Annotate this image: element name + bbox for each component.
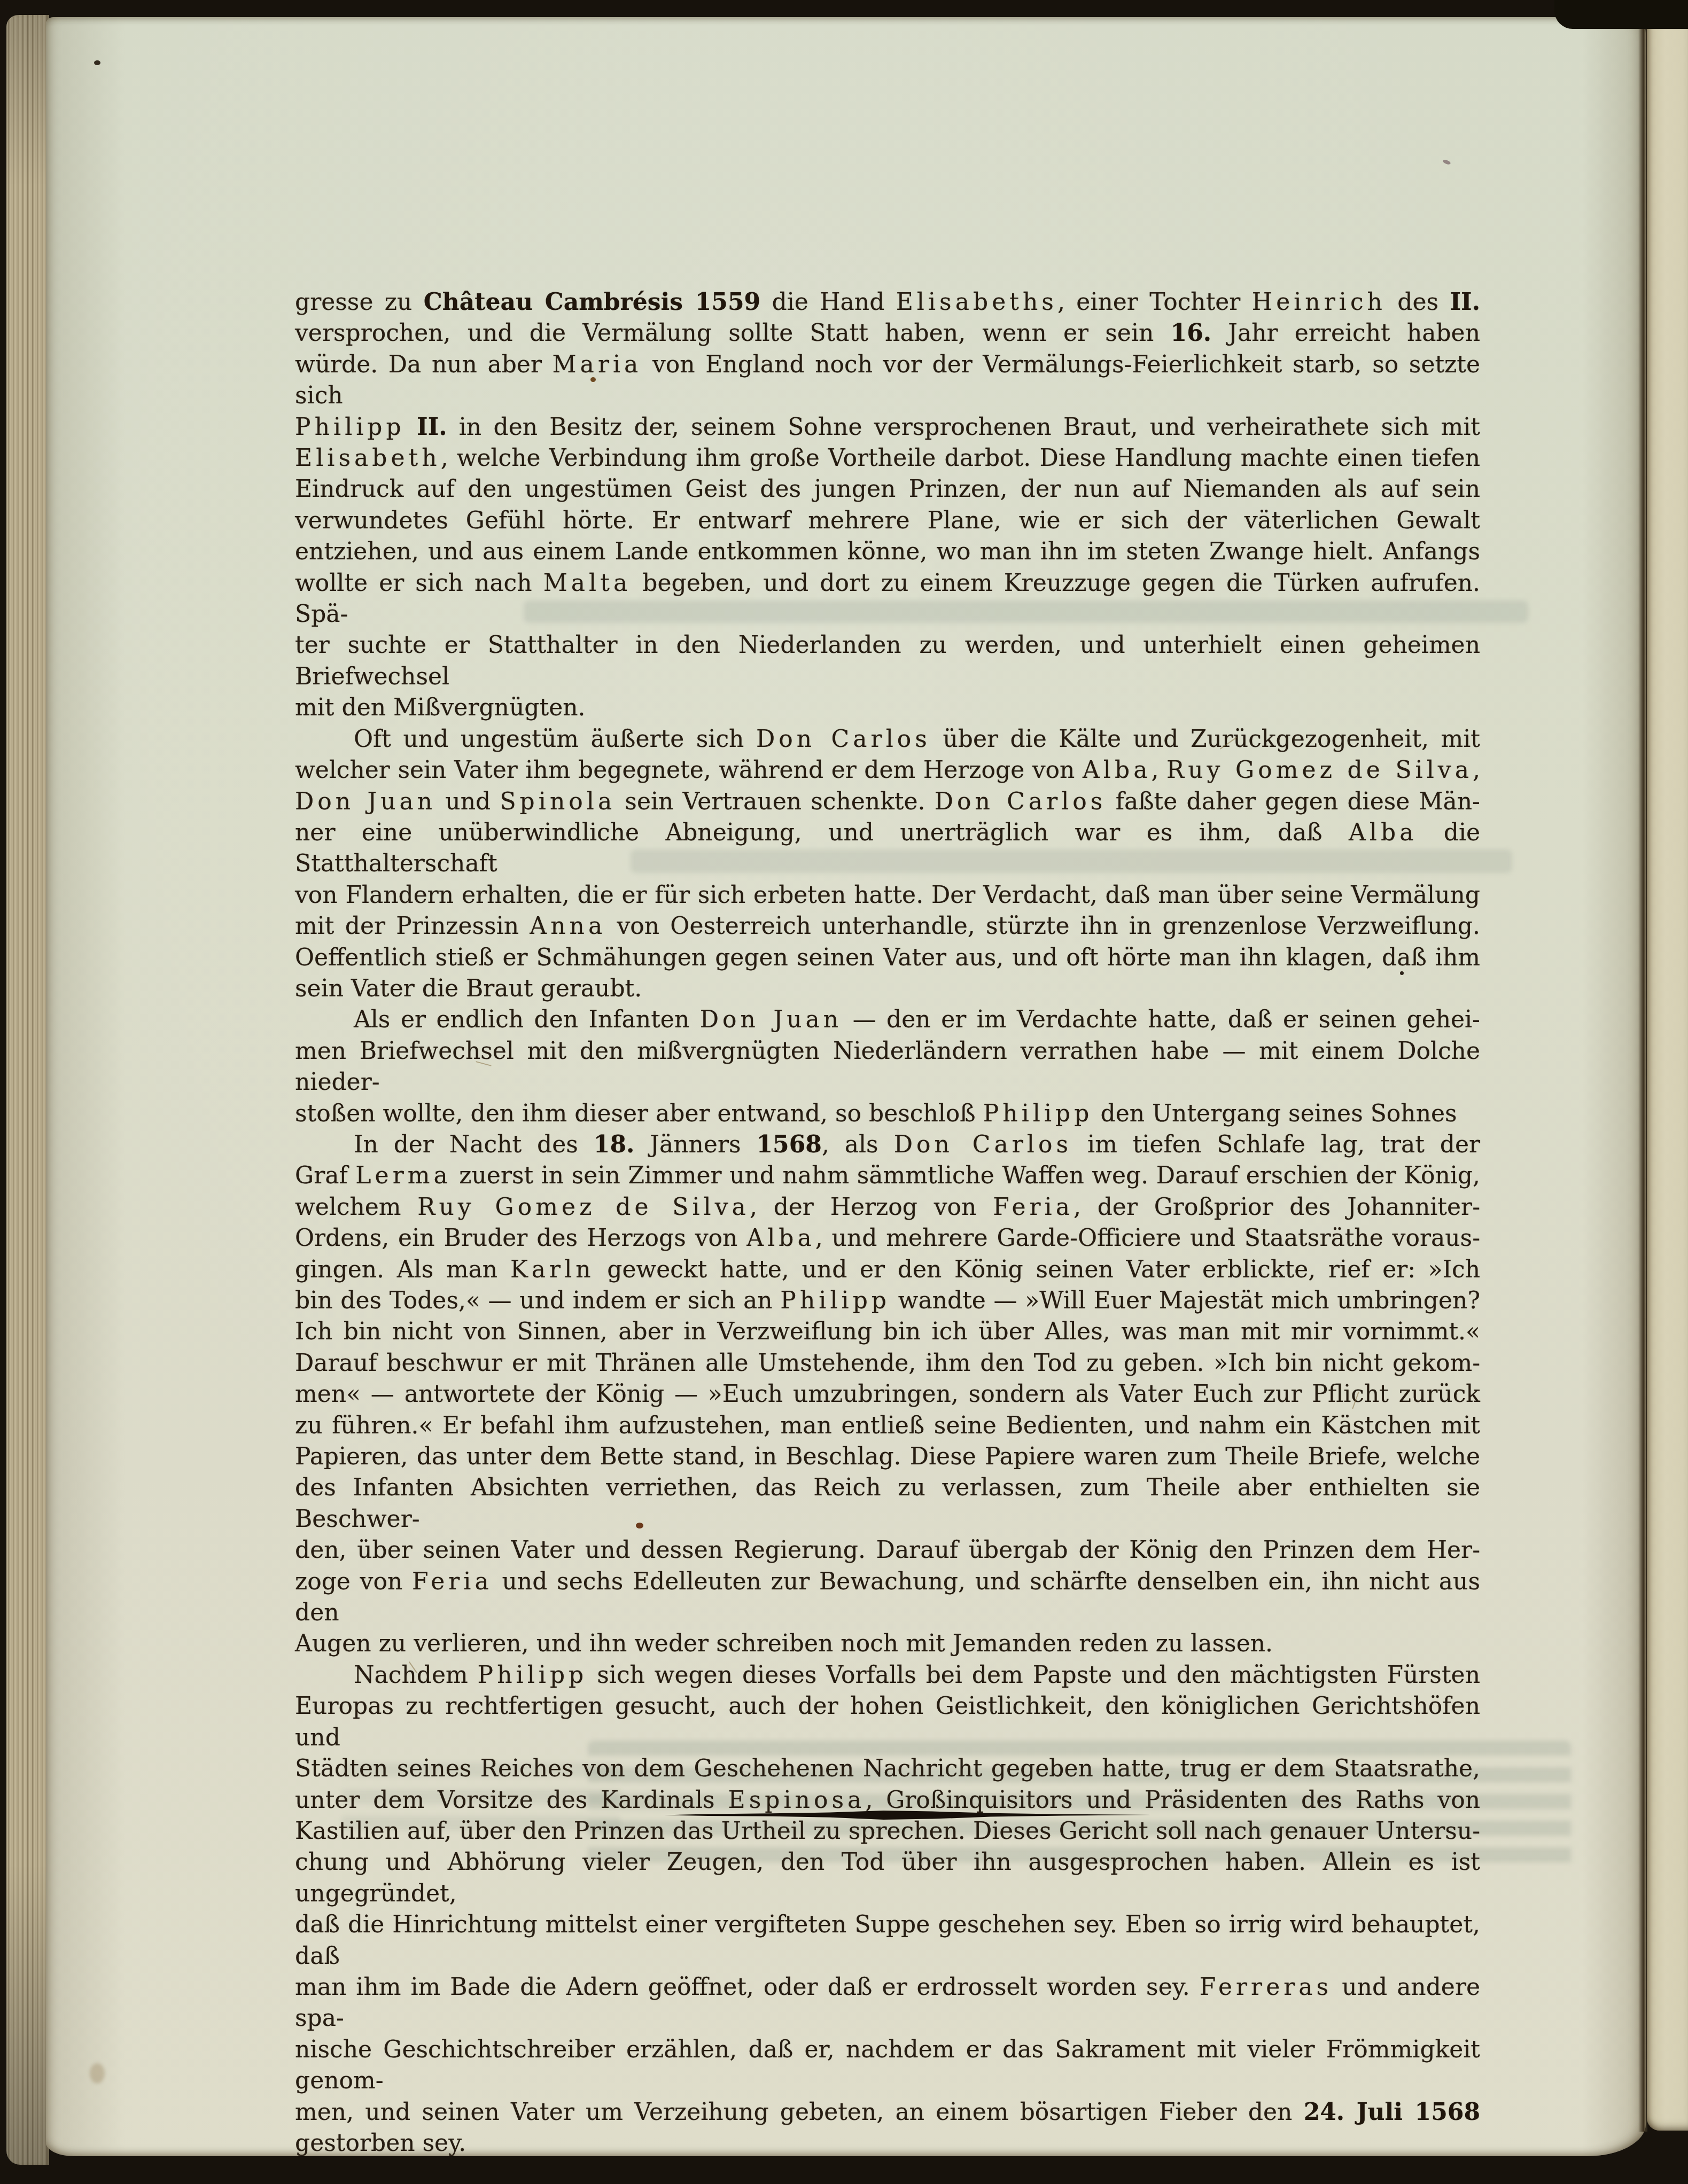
antiqua-emphasis: Château Cambrésis 1559 — [424, 288, 761, 316]
letterspaced-name: Don Juan — [700, 1006, 842, 1033]
letterspaced-name: Spinola — [500, 788, 616, 815]
text-line: Nachdem Philipp sich wegen dieses Vorfal… — [295, 1660, 1480, 1691]
background-shadow — [1554, 0, 1688, 29]
letterspaced-name: Feria — [993, 1194, 1074, 1221]
text-line: Eindruck auf den ungestümen Geist des ju… — [295, 474, 1480, 505]
scanned-book-page-photo: gresse zu Château Cambrésis 1559 die Han… — [0, 0, 1688, 2184]
letterspaced-name: Philipp — [983, 1100, 1093, 1127]
letterspaced-name: Philipp — [780, 1287, 890, 1314]
text-line: wollte er sich nach Malta begeben, und d… — [295, 568, 1480, 630]
letterspaced-name: Elisabeths — [896, 288, 1057, 316]
antiqua-emphasis: 18. — [594, 1131, 635, 1158]
text-line: entziehen, und aus einem Lande entkommen… — [295, 536, 1480, 567]
paper-speck — [94, 60, 100, 65]
letterspaced-name: Maria — [553, 351, 642, 378]
text-line: Ich bin nicht von Sinnen, aber in Verzwe… — [295, 1316, 1480, 1347]
letterspaced-name: Don Carlos — [894, 1131, 1072, 1158]
text-line: mit den Mißvergnügten. — [295, 692, 1480, 723]
antiqua-emphasis: 1568 — [756, 1131, 821, 1158]
letterspaced-name: Ruy Gomez de Silva — [417, 1194, 750, 1221]
text-line: men« — antwortete der König — »Euch umzu… — [295, 1379, 1480, 1410]
text-line: sein Vater die Braut geraubt. — [295, 973, 1480, 1004]
text-line: ner eine unüberwindliche Abneigung, und … — [295, 817, 1480, 880]
text-line: Oeffentlich stieß er Schmähungen gegen s… — [295, 942, 1480, 973]
text-line: chung und Abhörung vieler Zeugen, den To… — [295, 1847, 1480, 1909]
letterspaced-name: Philipp — [295, 414, 405, 441]
text-line: Städten seines Reiches von dem Geschehen… — [295, 1753, 1480, 1784]
paper-stain — [90, 2063, 105, 2084]
text-line: gestorben sey. — [295, 2128, 1480, 2159]
text-line: von Flandern erhalten, die er für sich e… — [295, 880, 1480, 911]
antiqua-emphasis: II. — [1450, 288, 1480, 316]
text-line: nische Geschichtschreiber erzählen, daß … — [295, 2034, 1480, 2097]
paper-speck — [590, 377, 596, 382]
paper-speck — [1400, 971, 1404, 975]
antiqua-emphasis: 16. — [1171, 319, 1212, 347]
text-line: Ordens, ein Bruder des Herzogs von Alba,… — [295, 1223, 1480, 1254]
letterspaced-name: Heinrich — [1252, 288, 1386, 316]
text-line: gresse zu Château Cambrésis 1559 die Han… — [295, 287, 1480, 318]
text-line: Europas zu rechtfertigen gesucht, auch d… — [295, 1691, 1480, 1753]
text-line: zoge von Feria und sechs Edelleuten zur … — [295, 1566, 1480, 1629]
letterspaced-name: Karln — [510, 1256, 595, 1283]
text-line: men Briefwechsel mit den mißvergnügten N… — [295, 1036, 1480, 1098]
text-line: des Infanten Absichten verriethen, das R… — [295, 1472, 1480, 1535]
text-line: Augen zu verlieren, und ihn weder schrei… — [295, 1628, 1480, 1659]
text-line: ter suchte er Statthalter in den Niederl… — [295, 630, 1480, 692]
text-line: mit der Prinzessin Anna von Oesterreich … — [295, 911, 1480, 942]
letterspaced-name: Feria — [412, 1568, 493, 1595]
text-line: man ihm im Bade die Adern geöffnet, oder… — [295, 1972, 1480, 2034]
text-line: In der Nacht des 18. Jänners 1568, als D… — [295, 1129, 1480, 1160]
text-line: Philipp II. in den Besitz der, seinem So… — [295, 412, 1480, 443]
letterspaced-name: Espinosa — [728, 1787, 865, 1814]
text-line: welcher sein Vater ihm begegnete, währen… — [295, 755, 1480, 786]
letterspaced-name: Ruy Gomez de Silva — [1166, 756, 1473, 784]
letterspaced-name: Elisabeth — [295, 444, 441, 472]
letterspaced-name: Malta — [543, 570, 631, 597]
letterspaced-name: Alba — [1349, 819, 1417, 846]
antiqua-emphasis: 24. Juli 1568 — [1304, 2099, 1480, 2126]
text-line: Darauf beschwur er mit Thränen alle Umst… — [295, 1348, 1480, 1379]
text-line: verwundetes Gefühl hörte. Er entwarf meh… — [295, 505, 1480, 536]
text-line: Als er endlich den Infanten Don Juan — d… — [295, 1004, 1480, 1035]
letterspaced-name: Don Carlos — [756, 726, 931, 753]
letterspaced-name: Alba — [1083, 756, 1151, 784]
text-line: men, und seinen Vater um Verzeihung gebe… — [295, 2097, 1480, 2128]
letterspaced-name: Lerma — [355, 1162, 451, 1189]
page-fold-crease — [1638, 21, 1648, 2132]
text-line: Don Juan und Spinola sein Vertrauen sche… — [295, 786, 1480, 817]
text-line: Graf Lerma zuerst in sein Zimmer und nah… — [295, 1160, 1480, 1191]
letterspaced-name: Don Carlos — [935, 788, 1107, 815]
text-line: Papieren, das unter dem Bette stand, in … — [295, 1441, 1480, 1472]
text-line: versprochen, und die Vermälung sollte St… — [295, 318, 1480, 349]
text-line: zu führen.« Er befahl ihm aufzustehen, m… — [295, 1410, 1480, 1441]
text-line: gingen. Als man Karln geweckt hatte, und… — [295, 1254, 1480, 1285]
text-line: Elisabeth, welche Verbindung ihm große V… — [295, 443, 1480, 474]
letterspaced-name: Don Juan — [295, 788, 436, 815]
text-line: den, über seinen Vater und dessen Regier… — [295, 1535, 1480, 1566]
text-line: daß die Hinrichtung mittelst einer vergi… — [295, 1909, 1480, 1972]
letterspaced-name: Philipp — [478, 1662, 588, 1689]
page-stack-edge — [6, 15, 49, 2165]
next-page-edge — [1647, 25, 1688, 2131]
text-line: welchem Ruy Gomez de Silva, der Herzog v… — [295, 1192, 1480, 1223]
text-line: Oft und ungestüm äußerte sich Don Carlos… — [295, 724, 1480, 755]
letterspaced-name: Anna — [530, 912, 606, 940]
paper-speck — [636, 1523, 643, 1528]
page-text-block: gresse zu Château Cambrésis 1559 die Han… — [295, 287, 1480, 2159]
antiqua-emphasis: II. — [417, 414, 447, 441]
text-line: würde. Da nun aber Maria von England noc… — [295, 349, 1480, 412]
text-line: bin des Todes,« — und indem er sich an P… — [295, 1285, 1480, 1316]
text-line: stoßen wollte, den ihm dieser aber entwa… — [295, 1098, 1480, 1129]
text-line: Kastilien auf, über den Prinzen das Urth… — [295, 1816, 1480, 1847]
letterspaced-name: Ferreras — [1200, 1974, 1332, 2001]
letterspaced-name: Alba — [746, 1224, 815, 1252]
